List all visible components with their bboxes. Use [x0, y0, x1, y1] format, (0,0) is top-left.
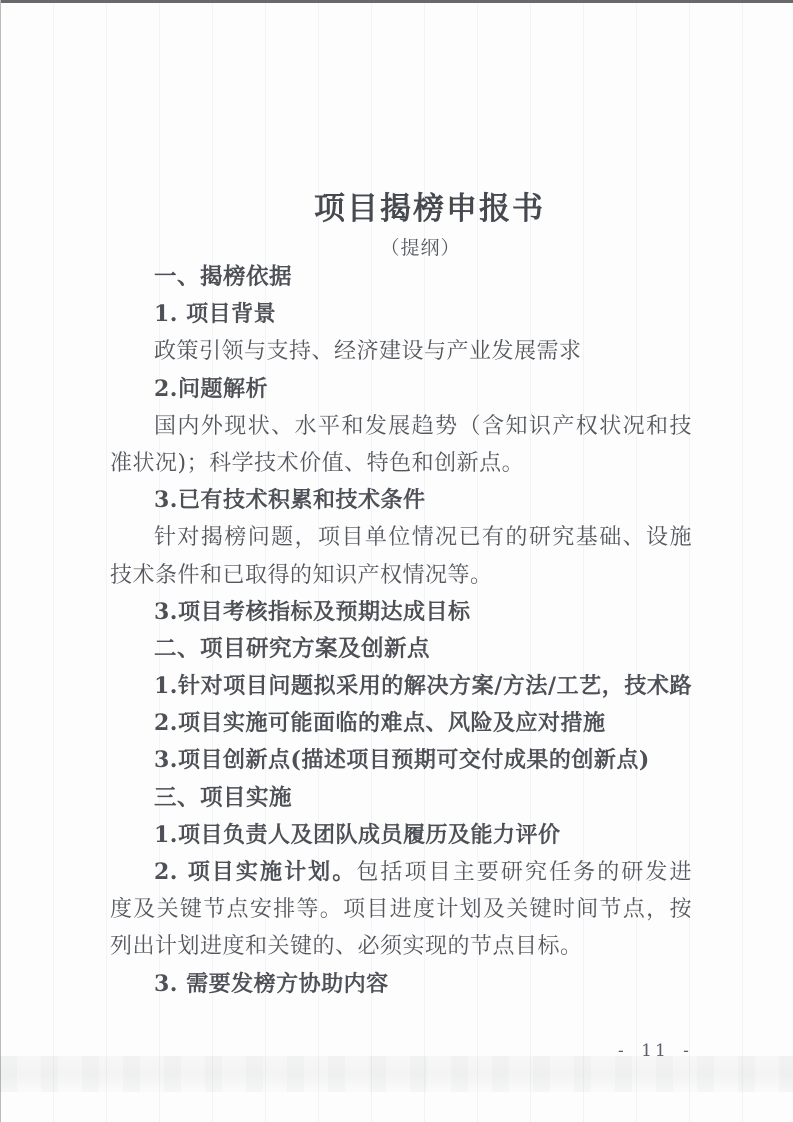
- body-line-research-base-cont: 技术条件和已取得的知识产权情况等。: [110, 557, 692, 594]
- body-line-schedule-cont: 列出计划进度和关键的、必须实现的节点目标。: [110, 928, 692, 965]
- document-body: 一、揭榜依据 1. 项目背景 政策引领与支持、经济建设与产业发展需求 2.问题解…: [110, 259, 692, 1003]
- section-heading-basis: 一、揭榜依据: [110, 259, 692, 296]
- scan-artifact-band: [0, 1056, 793, 1092]
- page-number: - 11 -: [618, 1041, 692, 1061]
- item-heading-assessment-targets: 3.项目考核指标及预期达成目标: [110, 594, 692, 631]
- item-heading-problem-analysis: 2.问题解析: [110, 371, 692, 408]
- implementation-plan-bold: 2. 项目实施计划。: [154, 859, 356, 885]
- body-line-status-trend: 国内外现状、水平和发展趋势（含知识产权状况和技术标: [110, 408, 692, 445]
- item-heading-innovation: 3.项目创新点(描述项目预期可交付成果的创新点): [110, 742, 692, 779]
- body-line-research-base: 针对揭榜问题，项目单位情况已有的研究基础、设施条件、: [110, 519, 692, 556]
- item-heading-project-background: 1. 项目背景: [110, 296, 692, 333]
- item-heading-team-evaluation: 1.项目负责人及团队成员履历及能力评价: [110, 817, 692, 854]
- section-heading-implementation: 三、项目实施: [110, 780, 692, 817]
- item-heading-solution: 1.针对项目问题拟采用的解决方案/方法/工艺，技术路线等: [110, 668, 692, 705]
- body-line-schedule: 度及关键节点安排等。项目进度计划及关键时间节点，按年度: [110, 891, 692, 928]
- body-line-status-trend-cont: 准状况)；科学技术价值、特色和创新点。: [110, 445, 692, 482]
- body-line-policy: 政策引领与支持、经济建设与产业发展需求: [110, 333, 692, 370]
- document-subtitle: （提纲）: [24, 233, 793, 260]
- item-heading-existing-tech: 3.已有技术积累和技术条件: [110, 482, 692, 519]
- item-heading-assistance-needed: 3. 需要发榜方协助内容: [110, 966, 692, 1003]
- item-heading-risks: 2.项目实施可能面临的难点、风险及应对措施: [110, 705, 692, 742]
- section-heading-research-plan: 二、项目研究方案及创新点: [110, 631, 692, 668]
- document-title: 项目揭榜申报书: [33, 183, 793, 228]
- scan-edge-left: [0, 0, 1, 1122]
- scan-edge-top: [0, 0, 793, 3]
- body-line-implementation-plan: 2. 项目实施计划。包括项目主要研究任务的研发进度、年: [110, 854, 692, 891]
